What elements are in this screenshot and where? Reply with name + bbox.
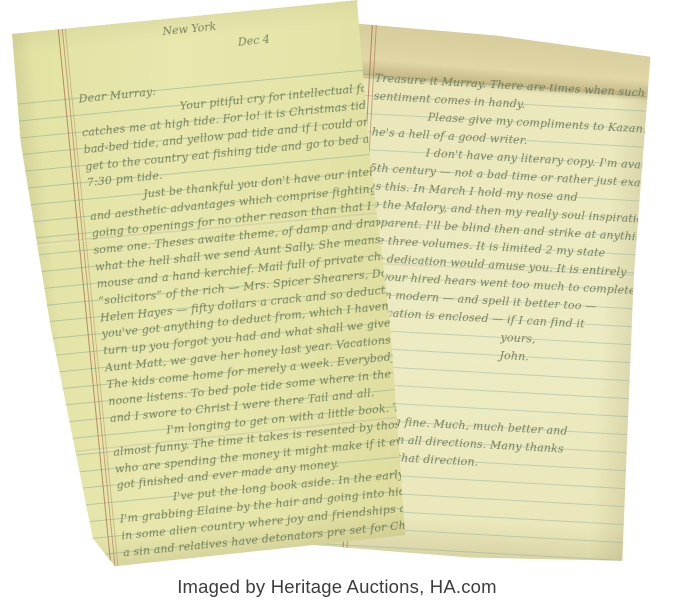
caption-watermark: Imaged by Heritage Auctions, HA.com (0, 576, 674, 598)
letter-heading: New York Dec 4 (162, 15, 271, 56)
handwriting-block-right: Treasure it Murray. There are times when… (353, 70, 647, 481)
auction-photo: Treasure it Murray. There are times when… (0, 0, 674, 600)
handwriting-block-left: Dear Murray:Your pitiful cry for intelle… (78, 64, 409, 563)
letter-page-left: New York Dec 4 Dear Murray:Your pitiful … (10, 0, 411, 571)
heading-date: Dec 4 (237, 33, 270, 49)
